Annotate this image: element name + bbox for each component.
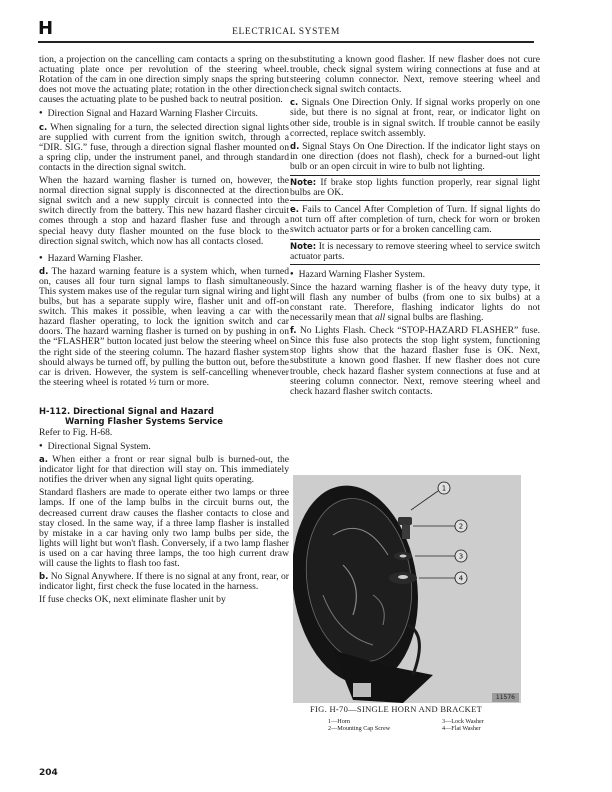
paragraph-b: b. No Signal Anywhere. If there is no si… <box>39 572 289 592</box>
bullet-heading-hazard: Hazard Warning Flasher. <box>39 253 289 264</box>
right-column: substituting a known good flasher. If ne… <box>290 55 540 400</box>
legend-item: 1—Horn <box>328 718 350 725</box>
paragraph-text: Fails to Cancel After Completion of Turn… <box>290 204 540 235</box>
paragraph-d: d. Signal Stays On One Direction. If the… <box>290 142 540 172</box>
page-header: H ELECTRICAL SYSTEM <box>38 20 534 42</box>
note-steering-wheel: Note: It is necessary to remove steering… <box>290 239 540 265</box>
paragraph-text: No Lights Flash. Check “STOP-HAZARD FLAS… <box>290 325 540 397</box>
heading-line-1: H-112. Directional Signal and Hazard <box>39 406 214 416</box>
paragraph-c: c. When signaling for a turn, the select… <box>39 123 289 173</box>
page-number: 204 <box>39 768 58 778</box>
callout-3: 3 <box>459 553 463 561</box>
paragraph-text: signal bulbs are flashing. <box>385 312 483 323</box>
bullet-heading-circuits: Direction Signal and Hazard Warning Flas… <box>39 108 289 119</box>
paragraph-heavy-duty: Since the hazard warning flasher is of t… <box>290 283 540 323</box>
heading-line-2: Warning Flasher Systems Service <box>39 416 289 426</box>
section-heading-h112: H-112. Directional Signal and Hazard War… <box>39 406 289 426</box>
paragraph-f: f. No Lights Flash. Check “STOP-HAZARD F… <box>290 326 540 397</box>
left-column: tion, a projection on the cancelling cam… <box>39 55 289 608</box>
paragraph-text: When signaling for a turn, the selected … <box>39 122 289 173</box>
note-text: It is necessary to remove steering wheel… <box>290 241 540 262</box>
note-text: If brake stop lights function properly, … <box>290 177 540 198</box>
paragraph-d: d. The hazard warning feature is a syste… <box>39 267 289 388</box>
horn-illustration: 1 2 3 4 <box>293 475 521 703</box>
paragraph-text: Signals One Direction Only. If signal wo… <box>290 97 540 138</box>
header-rule <box>38 41 534 43</box>
legend-item: 4—Flat Washer <box>442 725 481 732</box>
image-number-stamp: 11576 <box>492 693 519 702</box>
note-brake-lights: Note: If brake stop lights function prop… <box>290 175 540 201</box>
page-title: ELECTRICAL SYSTEM <box>38 27 534 37</box>
paragraph-c: c. Signals One Direction Only. If signal… <box>290 98 540 138</box>
emphasis-text: all <box>375 312 385 323</box>
paragraph-text: Signal Stays On One Direction. If the in… <box>290 141 540 172</box>
callout-2: 2 <box>459 523 463 531</box>
paragraph-text: No Signal Anywhere. If there is no signa… <box>39 571 289 592</box>
legend-item: 3—Lock Washer <box>442 718 484 725</box>
figure-caption: FIG. H-70—SINGLE HORN AND BRACKET <box>310 704 540 714</box>
bullet-heading-directional: Directional Signal System. <box>39 441 289 452</box>
callout-4: 4 <box>459 575 464 583</box>
callout-1: 1 <box>442 485 446 493</box>
paragraph-text: When either a front or rear signal bulb … <box>39 454 289 485</box>
paragraph-a: a. When either a front or rear signal bu… <box>39 455 289 485</box>
paragraph-text: The hazard warning feature is a system w… <box>39 266 289 388</box>
paragraph-continued: substituting a known good flasher. If ne… <box>290 55 540 95</box>
figure-reference: Refer to Fig. H-68. <box>39 428 289 438</box>
paragraph-hazard-supply: When the hazard warning flasher is turne… <box>39 176 289 247</box>
manual-page: H ELECTRICAL SYSTEM tion, a projection o… <box>0 0 612 792</box>
paragraph-fuse-check: If fuse checks OK, next eliminate flashe… <box>39 595 289 605</box>
figure-horn-photo: 1 2 3 4 11576 <box>293 475 521 703</box>
bullet-heading-hazard-system: Hazard Warning Flasher System. <box>290 269 540 280</box>
legend-item: 2—Mounting Cap Screw <box>328 725 390 732</box>
paragraph-e: e. Fails to Cancel After Completion of T… <box>290 205 540 235</box>
paragraph-cam: tion, a projection on the cancelling cam… <box>39 55 289 105</box>
paragraph-standard-flashers: Standard flashers are made to operate ei… <box>39 488 289 569</box>
